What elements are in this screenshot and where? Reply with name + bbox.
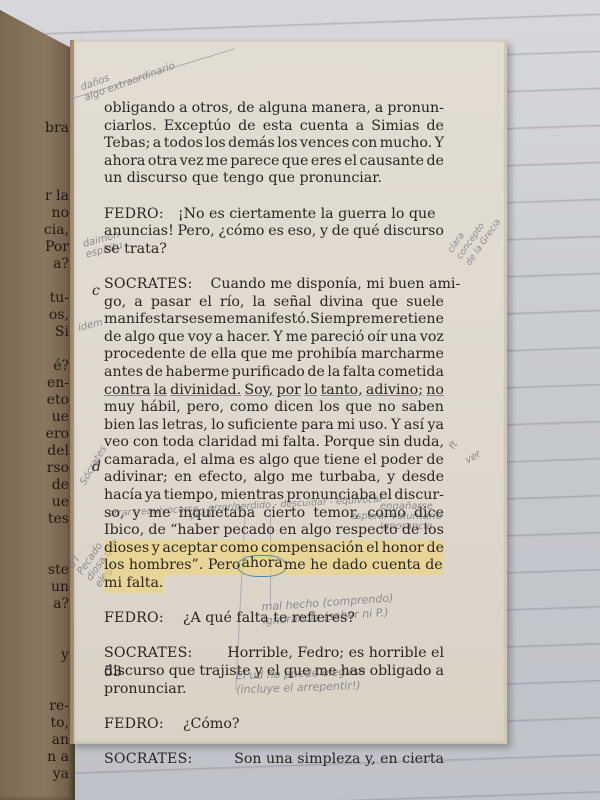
left-page-fragment: un bbox=[9, 579, 69, 596]
left-page-fragment bbox=[9, 137, 69, 154]
left-page-fragment: tes bbox=[9, 511, 69, 528]
text-line: ciarlos.ExceptúodeestacuentaaSimiasde bbox=[104, 118, 444, 136]
left-page-fragment: rso bbox=[9, 460, 69, 477]
text-line: anuncias!Pero,¿cómoeseso,ydequédiscurso bbox=[104, 223, 444, 241]
left-page-fragment: ya bbox=[9, 766, 69, 783]
text-line: so,ymeinquietabaciertotemor,comodice bbox=[104, 505, 444, 523]
left-page-fragment bbox=[9, 664, 69, 681]
text-line: dealgoquevoyahacer.Ymeparecióoírunavoz bbox=[104, 329, 444, 347]
left-page-fragment: no bbox=[9, 205, 69, 222]
highlighted-text: mi falta. bbox=[104, 575, 163, 593]
text-line: obligandoaotros,dealgunamanera,apronun- bbox=[104, 100, 444, 118]
left-page-fragment: an bbox=[9, 732, 69, 749]
text-line: contraladivinidad.Soy,porlotanto,adivino… bbox=[104, 382, 444, 400]
left-page-fragment: de bbox=[9, 477, 69, 494]
left-page-fragment: re- bbox=[9, 698, 69, 715]
margin-marker-c: c bbox=[92, 283, 100, 299]
left-page-fragment: to, bbox=[9, 715, 69, 732]
left-page-fragment: n a bbox=[9, 749, 69, 766]
text-line: ahoraotravezmeparecequeereselcausantede bbox=[104, 153, 444, 171]
speaker-label: FEDRO: bbox=[104, 206, 164, 224]
left-page-fragment bbox=[9, 613, 69, 630]
book-page: daños algo extraordinario daimón espírit… bbox=[70, 40, 507, 744]
annotation-right-ver: ver bbox=[463, 449, 483, 467]
left-page-fragment bbox=[9, 681, 69, 698]
left-page-fragment: en- bbox=[9, 375, 69, 392]
left-page-fragment: Si bbox=[9, 324, 69, 341]
speaker-label: SOCRATES: bbox=[104, 751, 192, 769]
left-page-fragment: ste bbox=[9, 562, 69, 579]
text-line: muyhábil,pero,comodicenlosquenosaben bbox=[104, 399, 444, 417]
text-line: FEDRO: ¡No es ciertamente la guerra lo q… bbox=[104, 206, 444, 224]
left-page-fragment bbox=[9, 154, 69, 171]
left-page-fragment: a? bbox=[9, 596, 69, 613]
annotation-top-left: daños algo extraordinario bbox=[79, 50, 176, 103]
text-line: adivinar;enefecto,algometurbaba,ydesde bbox=[104, 469, 444, 487]
text-line: bienlasletras,losuficienteparamiuso.Yasí… bbox=[104, 417, 444, 435]
left-page-fragment bbox=[9, 630, 69, 647]
left-page-text-fragments: brar lanocia,Pora?tu-os,Sié?en-etoueerod… bbox=[9, 120, 69, 783]
text-line: procedentedeellaquemeprohibíamarcharme bbox=[104, 346, 444, 364]
page-gutter-edge bbox=[70, 40, 74, 744]
text-line: un discurso que tengo que pronunciar. bbox=[104, 170, 444, 188]
left-page-fragment bbox=[9, 545, 69, 562]
left-page-fragment: tu- bbox=[9, 290, 69, 307]
text-line: veocontodaclaridadmifalta.Porquesinduda, bbox=[104, 434, 444, 452]
left-page-fragment: cia, bbox=[9, 222, 69, 239]
left-page-fragment: Por bbox=[9, 239, 69, 256]
text-line: pronunciar. bbox=[104, 681, 444, 699]
text-line: Ibico,de“haberpecadoenalgorespectodelos bbox=[104, 522, 444, 540]
left-page-fragment: r la bbox=[9, 188, 69, 205]
annotation-left-idem: ídem bbox=[77, 317, 104, 334]
left-page-fragment: eto bbox=[9, 392, 69, 409]
annotation-right-concepto: clara concepto de la Grecia bbox=[446, 205, 504, 268]
text-line: go,apasarelrío,laseñaldivinaquesuele bbox=[104, 294, 444, 312]
text-line: SOCRATES: Cuando me disponía, mi buen am… bbox=[104, 276, 444, 294]
text-line: Tebas;atodoslosdemáslosvencesconmucho.Y bbox=[104, 135, 444, 153]
left-page-fragment bbox=[9, 171, 69, 188]
left-page-fragment: os, bbox=[9, 307, 69, 324]
left-page-fragment bbox=[9, 273, 69, 290]
left-page-fragment: y bbox=[9, 647, 69, 664]
text-line: SOCRATES: Son una simpleza y, en cierta bbox=[104, 751, 444, 769]
left-page: brar lanocia,Pora?tu-os,Sié?en-etoueerod… bbox=[0, 10, 75, 800]
left-page-fragment bbox=[9, 528, 69, 545]
circled-word-ahora: ahora bbox=[237, 555, 286, 577]
left-page-fragment: ue bbox=[9, 409, 69, 426]
left-page-fragment: a? bbox=[9, 256, 69, 273]
left-page-fragment: ue bbox=[9, 494, 69, 511]
text-line: hacíayatiempo,mientraspronunciabaeldiscu… bbox=[104, 487, 444, 505]
text-line: FEDRO: ¿Cómo? bbox=[104, 716, 444, 734]
text-line: antesdehabermepurificadodelafaltacometid… bbox=[104, 364, 444, 382]
text-line: camarada,elalmaesalgoquetieneelpoderde bbox=[104, 452, 444, 470]
speaker-label: SOCRATES: bbox=[104, 645, 192, 663]
speaker-label: FEDRO: bbox=[104, 716, 164, 734]
speaker-label: FEDRO: bbox=[104, 610, 164, 628]
annotation-right-ft: ft bbox=[447, 440, 460, 452]
speaker-label: SOCRATES: bbox=[104, 276, 192, 294]
page-number: 53 bbox=[104, 664, 122, 680]
text-line: se trata? bbox=[104, 241, 444, 259]
left-page-fragment bbox=[9, 341, 69, 358]
text-line: manifestarsesememanifestó.Siempremeretie… bbox=[104, 311, 444, 329]
text-line: SOCRATES: Horrible, Fedro; es horrible e… bbox=[104, 645, 444, 663]
highlighted-text-line: los hombres”. Pero ahora me he dado cuen… bbox=[104, 557, 444, 575]
text-line: mi falta. bbox=[104, 575, 444, 593]
left-page-fragment: ero bbox=[9, 426, 69, 443]
page-body-text: obligandoaotros,dealgunamanera,apronun- … bbox=[104, 100, 444, 769]
margin-marker-d: d bbox=[92, 459, 101, 475]
left-page-fragment: bra bbox=[9, 120, 69, 137]
text-line: discursoquetrajisteyelquemehasobligadoa bbox=[104, 663, 444, 681]
left-page-fragment: é? bbox=[9, 358, 69, 375]
text-line: FEDRO: ¿A qué falta te refieres? bbox=[104, 610, 444, 628]
left-page-fragment: del bbox=[9, 443, 69, 460]
